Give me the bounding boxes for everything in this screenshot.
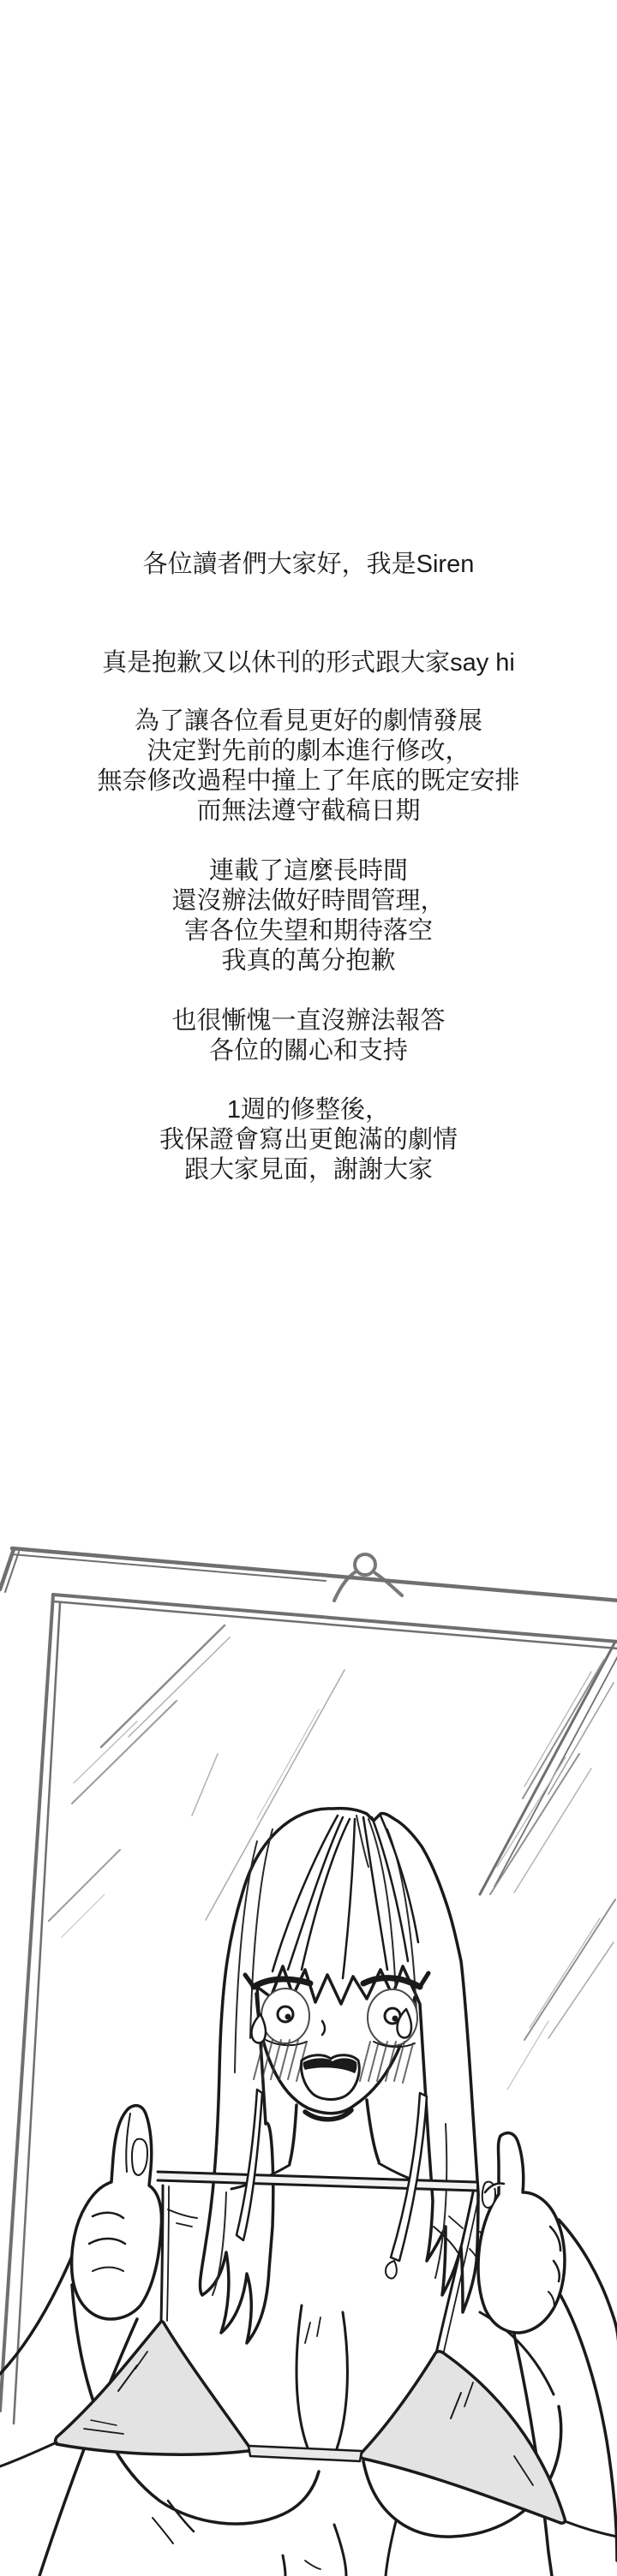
notice-line: 也很慚愧一直沒辦法報答 — [0, 1006, 617, 1036]
left-pupil-dot — [285, 2014, 291, 2020]
notice-line: 害各位失望和期待落空 — [0, 916, 617, 946]
left-fingernail — [132, 2139, 147, 2175]
mouth — [302, 2055, 360, 2100]
notice-paragraph: 真是抱歉又以休刊的形式跟大家say hi — [0, 648, 617, 678]
bikini-center-band — [249, 2446, 362, 2461]
left-eyelid — [254, 1979, 310, 1987]
bikini-top — [0, 2322, 617, 2537]
notice-line: 跟大家見面，謝謝大家 — [0, 1155, 617, 1185]
author-notice: 各位讀者們大家好，我是Siren 真是抱歉又以休刊的形式跟大家say hi 為了… — [0, 0, 617, 1285]
comic-page: 各位讀者們大家好，我是Siren 真是抱歉又以休刊的形式跟大家say hi 為了… — [0, 0, 617, 2576]
right-pupil-dot — [392, 2016, 398, 2022]
notice-line: 而無法遵守截稿日期 — [0, 796, 617, 826]
notice-line: 各位讀者們大家好，我是Siren — [0, 550, 617, 580]
notice-line: 連載了這麼長時間 — [0, 856, 617, 886]
chest-sweat-drop — [386, 2261, 397, 2279]
notice-paragraph: 連載了這麼長時間 還沒辦法做好時間管理， 害各位失望和期待落空 我真的萬分抱歉 — [0, 856, 617, 976]
woman-reflection — [0, 1809, 617, 2576]
left-hand — [72, 2106, 162, 2319]
notice-paragraph: 1週的修整後， 我保證會寫出更飽滿的劇情 跟大家見面，謝謝大家 — [0, 1095, 617, 1185]
nose — [322, 2021, 325, 2035]
notice-line: 決定對先前的劇本進行修改， — [0, 736, 617, 766]
notice-paragraph: 各位讀者們大家好，我是Siren — [0, 550, 617, 580]
notice-line: 真是抱歉又以休刊的形式跟大家say hi — [0, 648, 617, 678]
notice-line: 各位的關心和支持 — [0, 1036, 617, 1066]
bikini-left-cup — [56, 2322, 250, 2454]
notice-line: 1週的修整後， — [0, 1095, 617, 1125]
notice-line: 還沒辦法做好時間管理， — [0, 886, 617, 916]
hands — [72, 2106, 565, 2333]
notice-paragraph: 也很慚愧一直沒辦法報答 各位的關心和支持 — [0, 1006, 617, 1066]
notice-line: 我保證會寫出更飽滿的劇情 — [0, 1125, 617, 1155]
right-hand — [478, 2133, 565, 2333]
notice-line: 無奈修改過程中撞上了年底的既定安排 — [0, 766, 617, 796]
notice-paragraph: 為了讓各位看見更好的劇情發展 決定對先前的劇本進行修改， 無奈修改過程中撞上了年… — [0, 707, 617, 826]
notice-line: 我真的萬分抱歉 — [0, 946, 617, 976]
notice-line: 為了讓各位看見更好的劇情發展 — [0, 707, 617, 736]
